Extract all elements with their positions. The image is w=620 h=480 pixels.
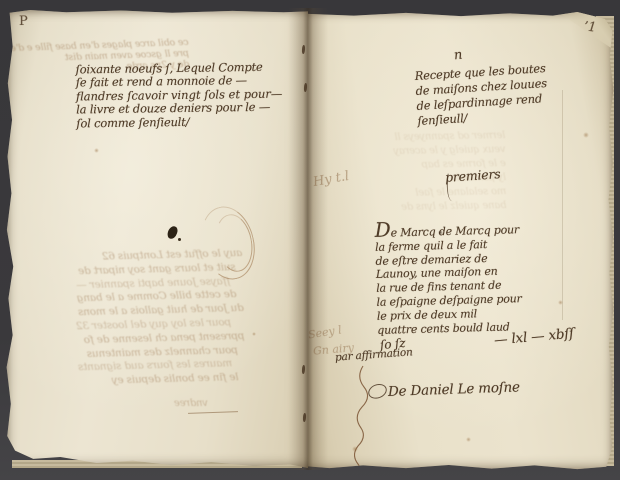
foxing-spot: [583, 132, 589, 138]
foxing-spot: [558, 300, 563, 305]
item-mark: n: [453, 48, 463, 64]
bleedthrough-text-lower: auy le offut est Lontpuis 62 suit et lou…: [4, 247, 246, 391]
bleedthrough-signature: vndree: [174, 398, 208, 409]
left-page: P ce obil arce plages d'en base fille e …: [6, 10, 308, 468]
ink-speck: [438, 230, 443, 235]
ink-blot: [178, 238, 181, 241]
foxing-spot: [466, 437, 471, 442]
pen-wavy-line: [354, 364, 370, 480]
foxing-spot: [252, 332, 256, 336]
account-entry-paragraph: De Marcq de Marcq pour la ferme quil a l…: [375, 220, 523, 337]
foxing-spot: [352, 446, 358, 452]
handwritten-line: ſol comme ſenſieult/: [76, 114, 283, 130]
manuscript-scan: P ce obil arce plages d'en base fille e …: [0, 0, 620, 480]
foxing-spot: [94, 148, 99, 153]
right-page-heading: Recepte que les boutes de maiſons chez l…: [414, 61, 549, 129]
footer-entry: De Daniel Le moſne: [368, 379, 520, 400]
page-crease: [562, 90, 563, 320]
margin-bleed-mark: Seey l: [307, 323, 342, 341]
ink-blot: [166, 225, 179, 240]
folio-mark-right: ’1: [583, 19, 597, 35]
margin-bleed-mark: Hy t.l: [312, 169, 350, 190]
left-page-paragraph: ſoixante noeufs ſ, Lequel Compte ſe fait…: [76, 61, 283, 131]
bleedthrough-underline: [188, 411, 238, 414]
right-page: ’1 n lermer od spannyeys ll veux quielg …: [308, 12, 614, 470]
folio-mark-left: P: [19, 14, 28, 29]
